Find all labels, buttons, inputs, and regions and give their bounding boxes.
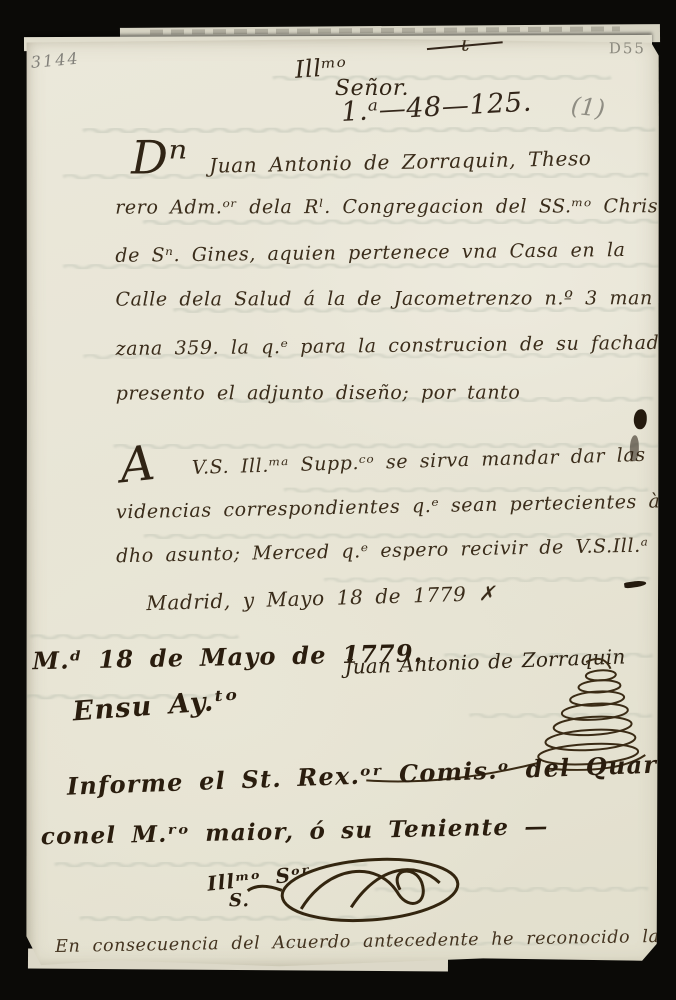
body-line: presento el adjunto diseño; por tanto xyxy=(116,382,521,405)
manuscript-page: 3144 D55 (1) t Illᵐᵒ Señor. 1.ᵃ—48—125. … xyxy=(23,37,661,969)
ink-blot xyxy=(630,435,639,461)
body-line: rero Adm.ᵒʳ dela Rˡ. Congregacion del SS… xyxy=(115,195,676,218)
addressee-abbrev: Illᵐᵒ Sᵒʳ xyxy=(206,861,312,896)
council-note: Ensu Ay.ᵗᵒ xyxy=(72,684,241,727)
body-line: Juan Antonio de Zorraquin, Theso xyxy=(209,146,592,178)
don-abbreviation: Dⁿ xyxy=(131,130,188,184)
manuscript-scan: 3144 D55 (1) t Illᵐᵒ Señor. 1.ᵃ—48—125. … xyxy=(0,0,676,1000)
order-line: Informe el St. Rex.ᵒʳ Comis.ᵒ del Quarte… xyxy=(66,748,676,801)
petition-date-line: Madrid, y Mayo 18 de 1779 ✗ xyxy=(146,581,496,615)
body-line: Calle dela Salud á la de Jacometrenzo n.… xyxy=(115,287,652,310)
petition-line: videncias correspondientes q.ᵉ sean pert… xyxy=(116,490,661,523)
petition-line: V.S. Ill.ᵐᵃ Supp.ᶜᵒ se sirva mandar dar … xyxy=(192,443,676,479)
body-line: zana 359. la q.ᵉ para la construcion de … xyxy=(115,332,671,360)
body-line: de Sⁿ. Gines, aquien pertenece vna Casa … xyxy=(115,239,625,267)
addressee-sub: S. xyxy=(229,890,250,911)
ink-blot xyxy=(624,580,647,589)
archive-number: 3144 xyxy=(30,49,80,72)
folio-number: (1) xyxy=(570,92,607,123)
petition-initial: A xyxy=(117,435,158,494)
order-line: conel M.ʳᵒ maior, ó su Teniente — xyxy=(41,813,549,850)
report-opening-line: En consecuencia del Acuerdo antecedente … xyxy=(55,927,660,957)
ink-blot xyxy=(634,409,647,429)
petition-line: dho asunto; Merced q.ᵉ espero recivir de… xyxy=(116,535,649,568)
